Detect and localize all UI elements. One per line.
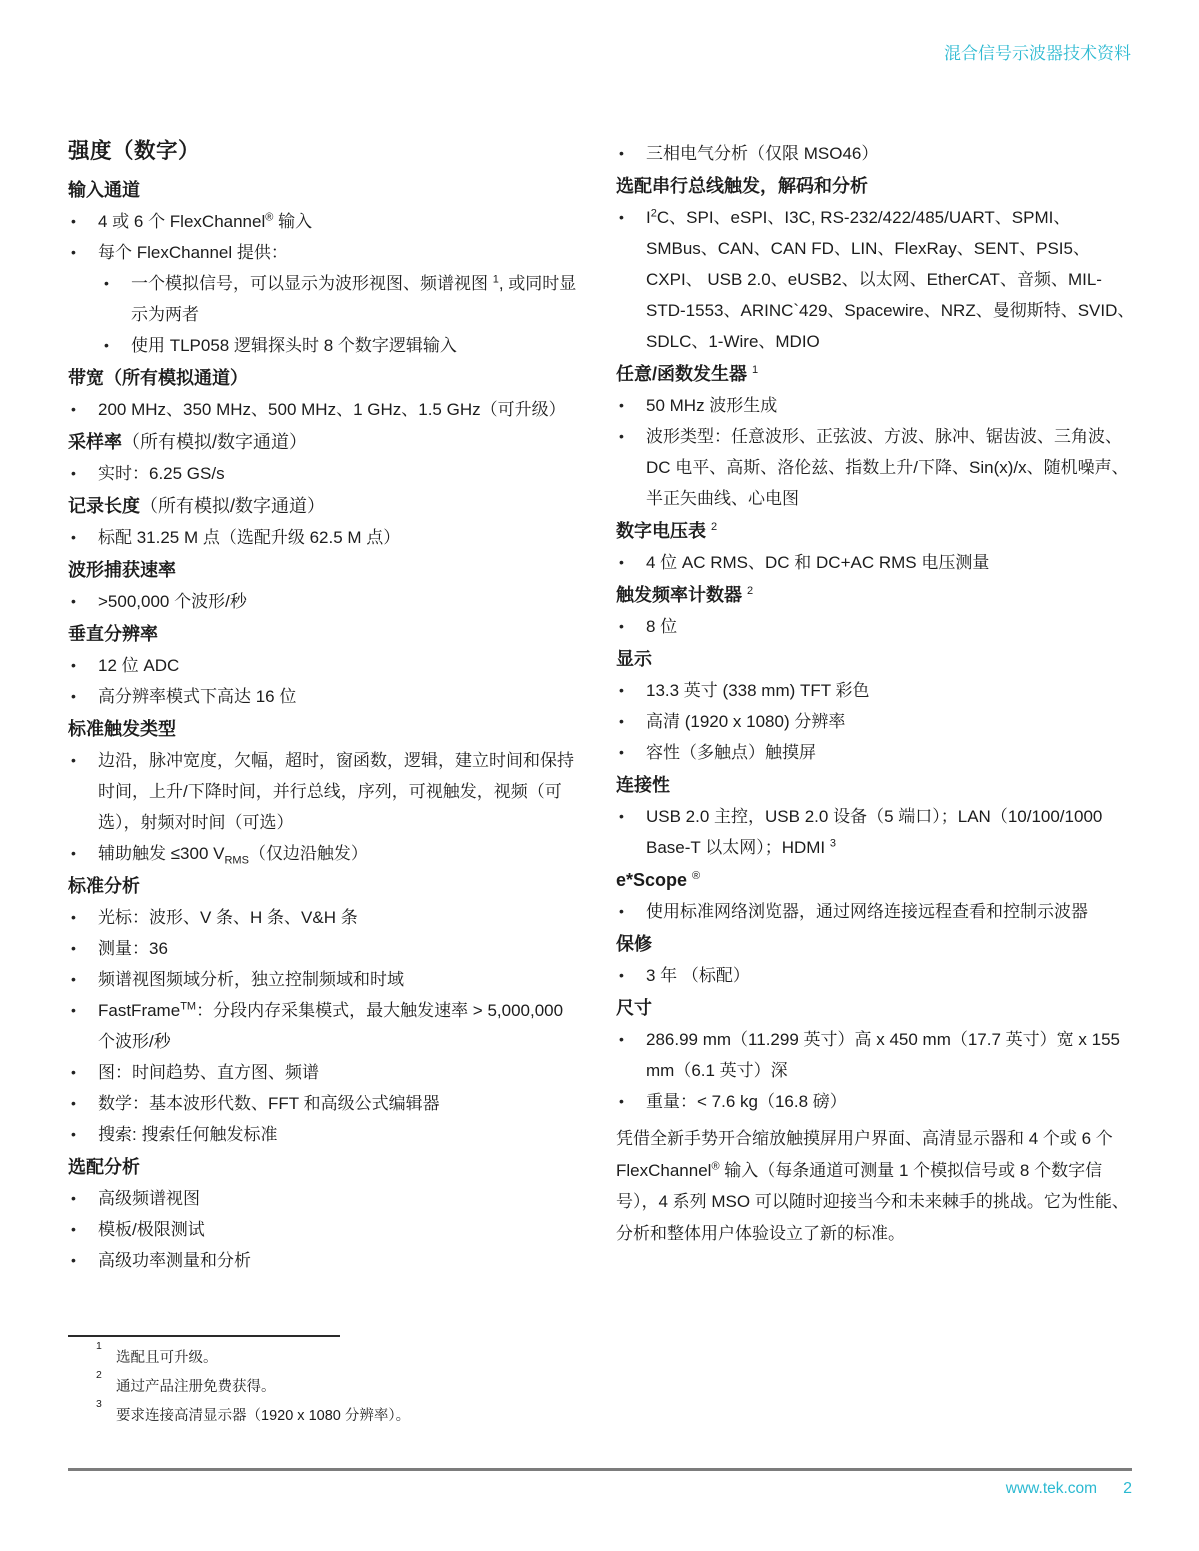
bullet-icon: • <box>68 1183 98 1214</box>
bullet-text: FastFrameTM：分段内存采集模式，最大触发速率 > 5,000,000 … <box>98 995 580 1057</box>
footnote: 3 要求连接高清显示器（1920 x 1080 分辨率）。 <box>68 1402 608 1431</box>
footnote: 2 通过产品注册免费获得。 <box>68 1373 608 1402</box>
bullet-icon: • <box>68 1245 98 1276</box>
bullet-text: 每个 FlexChannel 提供： <box>98 237 580 268</box>
bullet-item: •测量：36 <box>68 933 580 964</box>
bullet-text: 4 位 AC RMS、DC 和 DC+AC RMS 电压测量 <box>646 547 1140 578</box>
footer-divider <box>68 1468 1132 1471</box>
datasheet-page: 混合信号示波器技术资料 强度（数字） 输入通道•4 或 6 个 FlexChan… <box>0 0 1199 1551</box>
section-heading: 显示 <box>616 648 1140 670</box>
bullet-text: 边沿，脉冲宽度，欠幅，超时，窗函数，逻辑，建立时间和保持时间，上升/下降时间，并… <box>98 745 580 838</box>
bullet-item: •容性（多触点）触摸屏 <box>616 737 1140 768</box>
bullet-item: •4 或 6 个 FlexChannel® 输入 <box>68 206 580 237</box>
footnote-divider <box>68 1335 340 1337</box>
right-column-sections: •三相电气分析（仅限 MSO46）选配串行总线触发，解码和分析•I2C、SPI、… <box>616 138 1140 1249</box>
bullet-text: 频谱视图频域分析，独立控制频域和时域 <box>98 964 580 995</box>
bullet-text: 辅助触发 ≤300 VRMS（仅边沿触发） <box>98 838 580 869</box>
bullet-icon: • <box>68 206 98 237</box>
section-heading: 波形捕获速率 <box>68 559 580 581</box>
description-paragraph: 凭借全新手势开合缩放触摸屏用户界面、高清显示器和 4 个或 6 个 FlexCh… <box>616 1123 1140 1249</box>
section-heading: 保修 <box>616 933 1140 955</box>
bullet-item: •光标：波形、V 条、H 条、V&H 条 <box>68 902 580 933</box>
bullet-text: 波形类型：任意波形、正弦波、方波、脉冲、锯齿波、三角波、DC 电平、高斯、洛伦兹… <box>646 421 1140 514</box>
bullet-text: 光标：波形、V 条、H 条、V&H 条 <box>98 902 580 933</box>
section-heading: 垂直分辨率 <box>68 623 580 645</box>
bullet-text: 图：时间趋势、直方图、频谱 <box>98 1057 580 1088</box>
bullet-text: 4 或 6 个 FlexChannel® 输入 <box>98 206 580 237</box>
bullet-item: •高清 (1920 x 1080) 分辨率 <box>616 706 1140 737</box>
bullet-text: 实时：6.25 GS/s <box>98 458 580 489</box>
bullet-icon: • <box>616 960 646 991</box>
bullet-icon: • <box>616 421 646 514</box>
bullet-item: •一个模拟信号，可以显示为波形视图、频谱视图 1, 或同时显示为两者 <box>101 268 580 330</box>
bullet-item: •50 MHz 波形生成 <box>616 390 1140 421</box>
bullet-text: 高清 (1920 x 1080) 分辨率 <box>646 706 1140 737</box>
section-heading: 尺寸 <box>616 997 1140 1019</box>
left-column: 强度（数字） 输入通道•4 或 6 个 FlexChannel® 输入•每个 F… <box>68 138 580 1276</box>
section-heading: 任意/函数发生器 1 <box>616 363 1140 385</box>
footer-website-link[interactable]: www.tek.com <box>1006 1478 1097 1500</box>
bullet-item: •辅助触发 ≤300 VRMS（仅边沿触发） <box>68 838 580 869</box>
bullet-item: •USB 2.0 主控，USB 2.0 设备（5 端口）；LAN（10/100/… <box>616 801 1140 863</box>
bullet-text: 50 MHz 波形生成 <box>646 390 1140 421</box>
section-heading: 选配串行总线触发，解码和分析 <box>616 175 1140 197</box>
bullet-item: •边沿，脉冲宽度，欠幅，超时，窗函数，逻辑，建立时间和保持时间，上升/下降时间，… <box>68 745 580 838</box>
section-heading: 连接性 <box>616 774 1140 796</box>
section-heading: 选配分析 <box>68 1156 580 1178</box>
footnote-number: 3 <box>96 1404 116 1433</box>
bullet-text: 三相电气分析（仅限 MSO46） <box>646 138 1140 169</box>
bullet-text: 搜索: 搜索任何触发标准 <box>98 1119 580 1150</box>
bullet-icon: • <box>616 737 646 768</box>
bullet-icon: • <box>616 202 646 357</box>
bullet-item: •图：时间趋势、直方图、频谱 <box>68 1057 580 1088</box>
bullet-icon: • <box>616 675 646 706</box>
bullet-text: 高级频谱视图 <box>98 1183 580 1214</box>
bullet-item: •高级功率测量和分析 <box>68 1245 580 1276</box>
bullet-item: •实时：6.25 GS/s <box>68 458 580 489</box>
bullet-text: 数学：基本波形代数、FFT 和高级公式编辑器 <box>98 1088 580 1119</box>
bullet-text: 使用标准网络浏览器，通过网络连接远程查看和控制示波器 <box>646 896 1140 927</box>
bullet-text: 200 MHz、350 MHz、500 MHz、1 GHz、1.5 GHz（可升… <box>98 394 580 425</box>
bullet-icon: • <box>616 1024 646 1086</box>
bullet-item: •>500,000 个波形/秒 <box>68 586 580 617</box>
bullet-text: 标配 31.25 M 点（选配升级 62.5 M 点） <box>98 522 580 553</box>
bullet-item: •标配 31.25 M 点（选配升级 62.5 M 点） <box>68 522 580 553</box>
bullet-icon: • <box>68 1057 98 1088</box>
footnote: 1 选配且可升级。 <box>68 1344 608 1373</box>
bullet-item: •数学：基本波形代数、FFT 和高级公式编辑器 <box>68 1088 580 1119</box>
right-column: •三相电气分析（仅限 MSO46）选配串行总线触发，解码和分析•I2C、SPI、… <box>616 138 1140 1249</box>
bullet-icon: • <box>68 933 98 964</box>
bullet-icon: • <box>616 138 646 169</box>
bullet-icon: • <box>68 964 98 995</box>
bullet-item: •每个 FlexChannel 提供： <box>68 237 580 268</box>
bullet-icon: • <box>616 1086 646 1117</box>
bullet-item: •波形类型：任意波形、正弦波、方波、脉冲、锯齿波、三角波、DC 电平、高斯、洛伦… <box>616 421 1140 514</box>
bullet-icon: • <box>68 1214 98 1245</box>
bullet-text: 3 年 （标配） <box>646 960 1140 991</box>
section-heading: 记录长度（所有模拟/数字通道） <box>68 495 580 517</box>
bullet-icon: • <box>68 237 98 268</box>
bullet-text: 一个模拟信号，可以显示为波形视图、频谱视图 1, 或同时显示为两者 <box>131 268 580 330</box>
bullet-item: •搜索: 搜索任何触发标准 <box>68 1119 580 1150</box>
footnote-text: 选配且可升级。 <box>116 1344 218 1373</box>
bullet-item: •8 位 <box>616 611 1140 642</box>
bullet-icon: • <box>68 902 98 933</box>
footnotes-block: 1 选配且可升级。 2 通过产品注册免费获得。 3 要求连接高清显示器（1920… <box>68 1335 608 1431</box>
bullet-item: •I2C、SPI、eSPI、I3C, RS-232/422/485/UART、S… <box>616 202 1140 357</box>
bullet-item: •模板/极限测试 <box>68 1214 580 1245</box>
bullet-item: •使用 TLP058 逻辑探头时 8 个数字逻辑输入 <box>101 330 580 361</box>
bullet-text: 286.99 mm（11.299 英寸）高 x 450 mm（17.7 英寸）宽… <box>646 1024 1140 1086</box>
bullet-icon: • <box>616 801 646 863</box>
bullet-text: 使用 TLP058 逻辑探头时 8 个数字逻辑输入 <box>131 330 580 361</box>
bullet-item: •13.3 英寸 (338 mm) TFT 彩色 <box>616 675 1140 706</box>
bullet-icon: • <box>68 681 98 712</box>
bullet-icon: • <box>68 1119 98 1150</box>
bullet-text: 12 位 ADC <box>98 650 580 681</box>
footer-page-number: 2 <box>1123 1478 1132 1500</box>
page-title: 强度（数字） <box>68 138 580 164</box>
bullet-item: •4 位 AC RMS、DC 和 DC+AC RMS 电压测量 <box>616 547 1140 578</box>
bullet-item: •FastFrameTM：分段内存采集模式，最大触发速率 > 5,000,000… <box>68 995 580 1057</box>
bullet-icon: • <box>68 394 98 425</box>
section-heading: e*Scope ® <box>616 869 1140 891</box>
bullet-item: •使用标准网络浏览器，通过网络连接远程查看和控制示波器 <box>616 896 1140 927</box>
bullet-icon: • <box>68 838 98 869</box>
bullet-text: I2C、SPI、eSPI、I3C, RS-232/422/485/UART、SP… <box>646 202 1140 357</box>
section-heading: 标准分析 <box>68 875 580 897</box>
section-heading: 输入通道 <box>68 179 580 201</box>
bullet-item: •频谱视图频域分析，独立控制频域和时域 <box>68 964 580 995</box>
bullet-icon: • <box>616 896 646 927</box>
bullet-item: •3 年 （标配） <box>616 960 1140 991</box>
left-column-sections: 输入通道•4 或 6 个 FlexChannel® 输入•每个 FlexChan… <box>68 179 580 1276</box>
bullet-text: 高级功率测量和分析 <box>98 1245 580 1276</box>
bullet-icon: • <box>68 1088 98 1119</box>
bullet-item: •286.99 mm（11.299 英寸）高 x 450 mm（17.7 英寸）… <box>616 1024 1140 1086</box>
section-heading: 数字电压表 2 <box>616 520 1140 542</box>
bullet-text: 8 位 <box>646 611 1140 642</box>
bullet-icon: • <box>616 390 646 421</box>
bullet-item: •12 位 ADC <box>68 650 580 681</box>
bullet-icon: • <box>616 547 646 578</box>
footnote-text: 通过产品注册免费获得。 <box>116 1373 276 1402</box>
bullet-icon: • <box>616 706 646 737</box>
bullet-icon: • <box>68 522 98 553</box>
section-heading: 标准触发类型 <box>68 718 580 740</box>
bullet-icon: • <box>68 458 98 489</box>
section-heading: 带宽（所有模拟通道） <box>68 367 580 389</box>
bullet-item: •三相电气分析（仅限 MSO46） <box>616 138 1140 169</box>
section-heading: 采样率（所有模拟/数字通道） <box>68 431 580 453</box>
bullet-text: 高分辨率模式下高达 16 位 <box>98 681 580 712</box>
bullet-text: 测量：36 <box>98 933 580 964</box>
bullet-icon: • <box>616 611 646 642</box>
bullet-item: •高级频谱视图 <box>68 1183 580 1214</box>
bullet-item: •200 MHz、350 MHz、500 MHz、1 GHz、1.5 GHz（可… <box>68 394 580 425</box>
bullet-icon: • <box>68 995 98 1057</box>
document-header-title: 混合信号示波器技术资料 <box>944 44 1131 64</box>
bullet-text: 重量：< 7.6 kg（16.8 磅） <box>646 1086 1140 1117</box>
document-footer: www.tek.com 2 <box>1006 1478 1132 1500</box>
bullet-text: 容性（多触点）触摸屏 <box>646 737 1140 768</box>
bullet-icon: • <box>68 650 98 681</box>
footnote-text: 要求连接高清显示器（1920 x 1080 分辨率）。 <box>116 1402 410 1431</box>
bullet-icon: • <box>68 745 98 838</box>
bullet-icon: • <box>68 586 98 617</box>
bullet-icon: • <box>101 330 131 361</box>
bullet-item: •重量：< 7.6 kg（16.8 磅） <box>616 1086 1140 1117</box>
bullet-text: 模板/极限测试 <box>98 1214 580 1245</box>
bullet-icon: • <box>101 268 131 330</box>
section-heading: 触发频率计数器 2 <box>616 584 1140 606</box>
bullet-text: >500,000 个波形/秒 <box>98 586 580 617</box>
bullet-text: USB 2.0 主控，USB 2.0 设备（5 端口）；LAN（10/100/1… <box>646 801 1140 863</box>
bullet-text: 13.3 英寸 (338 mm) TFT 彩色 <box>646 675 1140 706</box>
bullet-item: •高分辨率模式下高达 16 位 <box>68 681 580 712</box>
